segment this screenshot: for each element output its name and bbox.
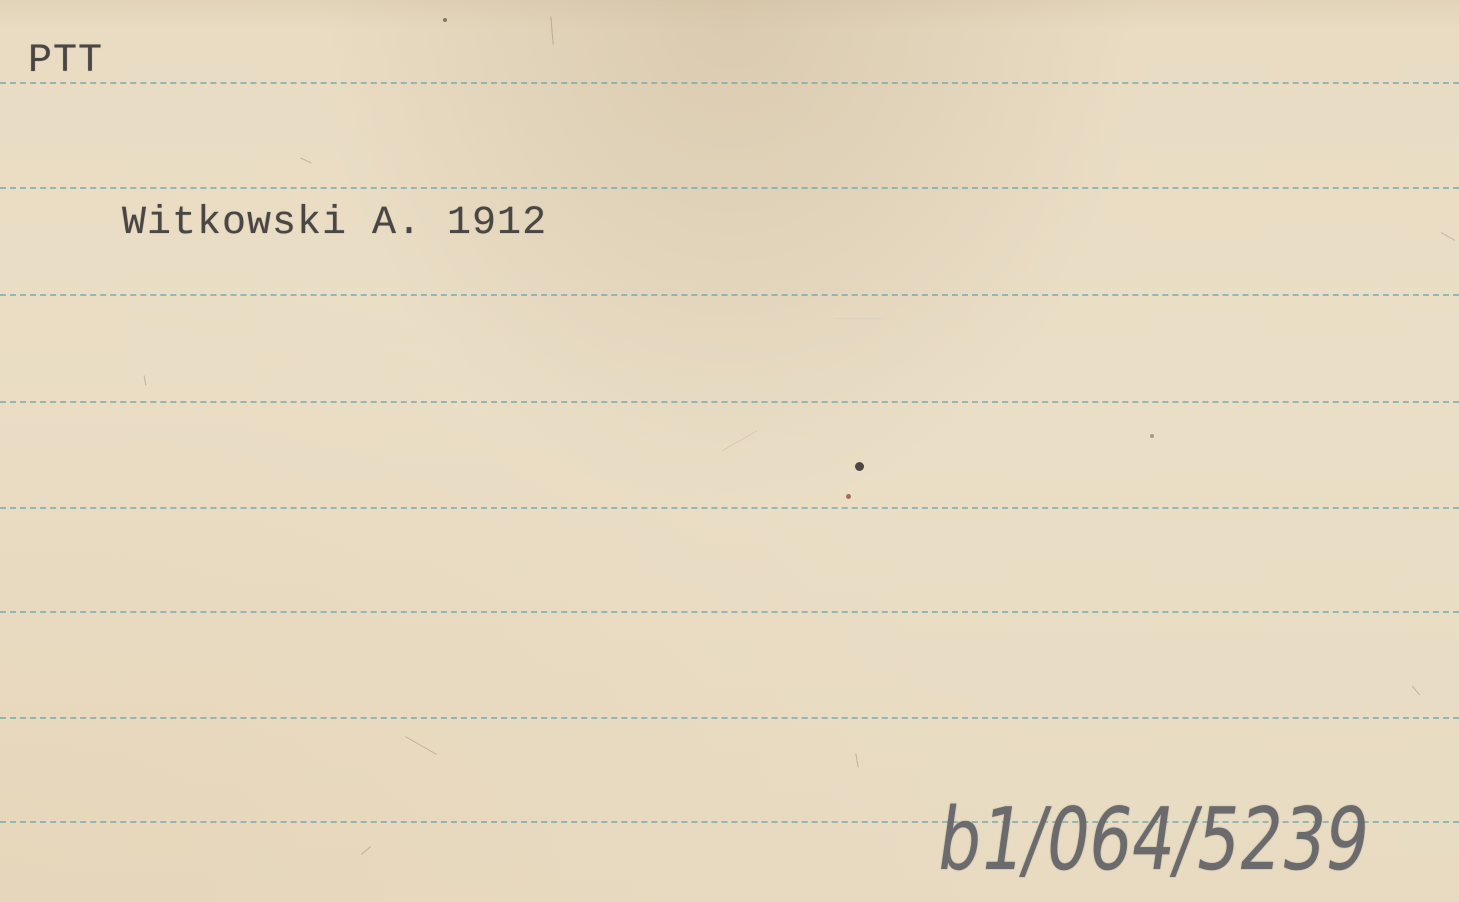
ink-speck [846,494,851,499]
ruled-line [0,294,1459,296]
paper-fiber [550,17,553,45]
paper-fiber [144,375,147,385]
handwritten-signature: b1/064/5239 [932,790,1375,890]
paper-fiber [405,736,437,755]
index-card: PTT Witkowski A. 1912 b1/064/5239 [0,0,1459,902]
header-code: PTT [28,40,103,84]
entry-text: Witkowski A. 1912 [122,200,547,248]
paper-fiber [1441,232,1455,241]
ink-speck [443,18,447,22]
ink-speck [1150,434,1154,438]
paper-fiber [835,318,883,319]
ruled-line [0,187,1459,189]
paper-fiber [300,158,311,164]
paper-fiber [855,754,858,768]
paper-fiber [722,430,757,451]
ruled-line [0,717,1459,719]
paper-fiber [1412,686,1420,696]
ruled-line [0,507,1459,509]
ink-speck [855,462,864,471]
ruled-line [0,611,1459,613]
ruled-line [0,82,1459,84]
ruled-line [0,401,1459,403]
paper-fiber [361,846,371,854]
